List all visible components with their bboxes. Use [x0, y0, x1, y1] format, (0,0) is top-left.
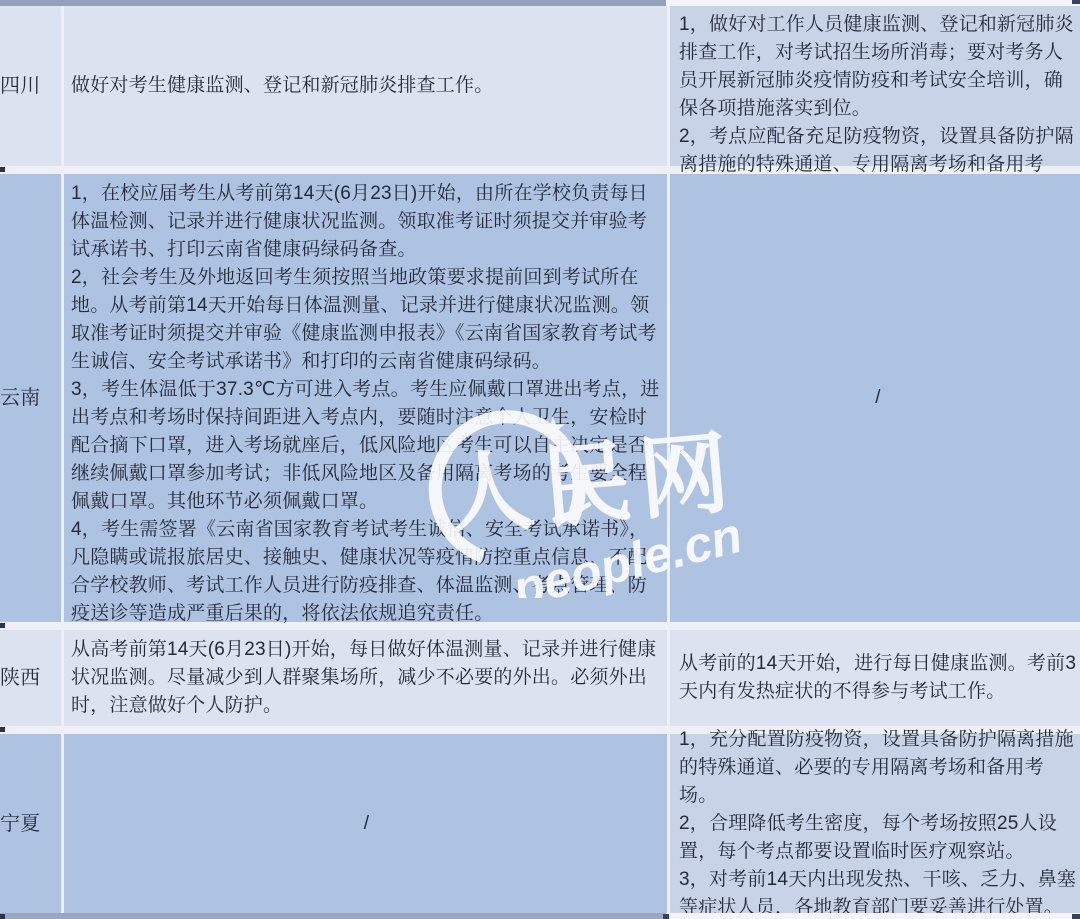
examinee-measures-cell-ningxia: /: [64, 734, 667, 913]
left-edge-border-tick: [0, 623, 5, 628]
staff-site-measures-cell-yunnan: /: [670, 174, 1080, 622]
province-label: 宁夏: [0, 810, 61, 838]
examinee-measures-cell-sichuan: 做好对考生健康监测、登记和新冠肺炎排查工作。: [64, 6, 667, 166]
staff-site-measures-text: 1，充分配置防疫物资，设置具备防护隔离措施的特殊通道、必要的专用隔离考场和备用考…: [679, 726, 1077, 919]
staff-site-measures-text: 从考前的14天开始，进行每日健康监测。考前3天内有发热症状的不得参与考试工作。: [679, 650, 1077, 706]
covid-exam-measures-table: 四川 做好对考生健康监测、登记和新冠肺炎排查工作。 1，做好对工作人员健康监测、…: [0, 0, 1080, 919]
province-label: 云南: [0, 384, 61, 412]
table-bottom-border: [0, 913, 1080, 919]
province-cell-sichuan: 四川: [0, 6, 61, 166]
examinee-measures-cell-shaanxi: 从高考前第14天(6月23日)开始，每日做好体温测量、记录并进行健康状况监测。尽…: [64, 630, 667, 726]
province-label: 四川: [0, 72, 61, 100]
examinee-measures-text: 1，在校应届考生从考前第14天(6月23日)开始，由所在学校负责每日体温检测、记…: [71, 180, 662, 628]
table-top-border-segment: [0, 0, 666, 6]
staff-site-measures-cell-shaanxi: 从考前的14天开始，进行每日健康监测。考前3天内有发热症状的不得参与考试工作。: [670, 630, 1080, 726]
table-bottom-border-segment: [0, 913, 666, 919]
bottom-left-border-tick: [0, 914, 5, 919]
top-right-border-tick: [1072, 0, 1080, 4]
left-edge-border-tick: [0, 727, 5, 732]
examinee-measures-text: /: [71, 810, 662, 838]
table-grid: 四川 做好对考生健康监测、登记和新冠肺炎排查工作。 1，做好对工作人员健康监测、…: [0, 6, 1080, 913]
province-cell-yunnan: 云南: [0, 174, 61, 622]
left-edge-border-tick: [0, 167, 5, 172]
examinee-measures-text: 做好对考生健康监测、登记和新冠肺炎排查工作。: [71, 72, 662, 100]
province-cell-shaanxi: 陕西: [0, 630, 61, 726]
bottom-right-border-tick: [1072, 914, 1080, 919]
staff-site-measures-cell-sichuan: 1，做好对工作人员健康监测、登记和新冠肺炎排查工作，对考试招生场所消毒；要对考务…: [670, 6, 1080, 166]
table-top-border: [0, 0, 1080, 6]
province-cell-ningxia: 宁夏: [0, 734, 61, 913]
examinee-measures-cell-yunnan: 1，在校应届考生从考前第14天(6月23日)开始，由所在学校负责每日体温检测、记…: [64, 174, 667, 622]
staff-site-measures-text: /: [679, 384, 1077, 412]
bottom-middle-border-tick: [663, 914, 669, 919]
staff-site-measures-cell-ningxia: 1，充分配置防疫物资，设置具备防护隔离措施的特殊通道、必要的专用隔离考场和备用考…: [670, 734, 1080, 913]
province-label: 陕西: [0, 664, 61, 692]
examinee-measures-text: 从高考前第14天(6月23日)开始，每日做好体温测量、记录并进行健康状况监测。尽…: [71, 636, 662, 720]
